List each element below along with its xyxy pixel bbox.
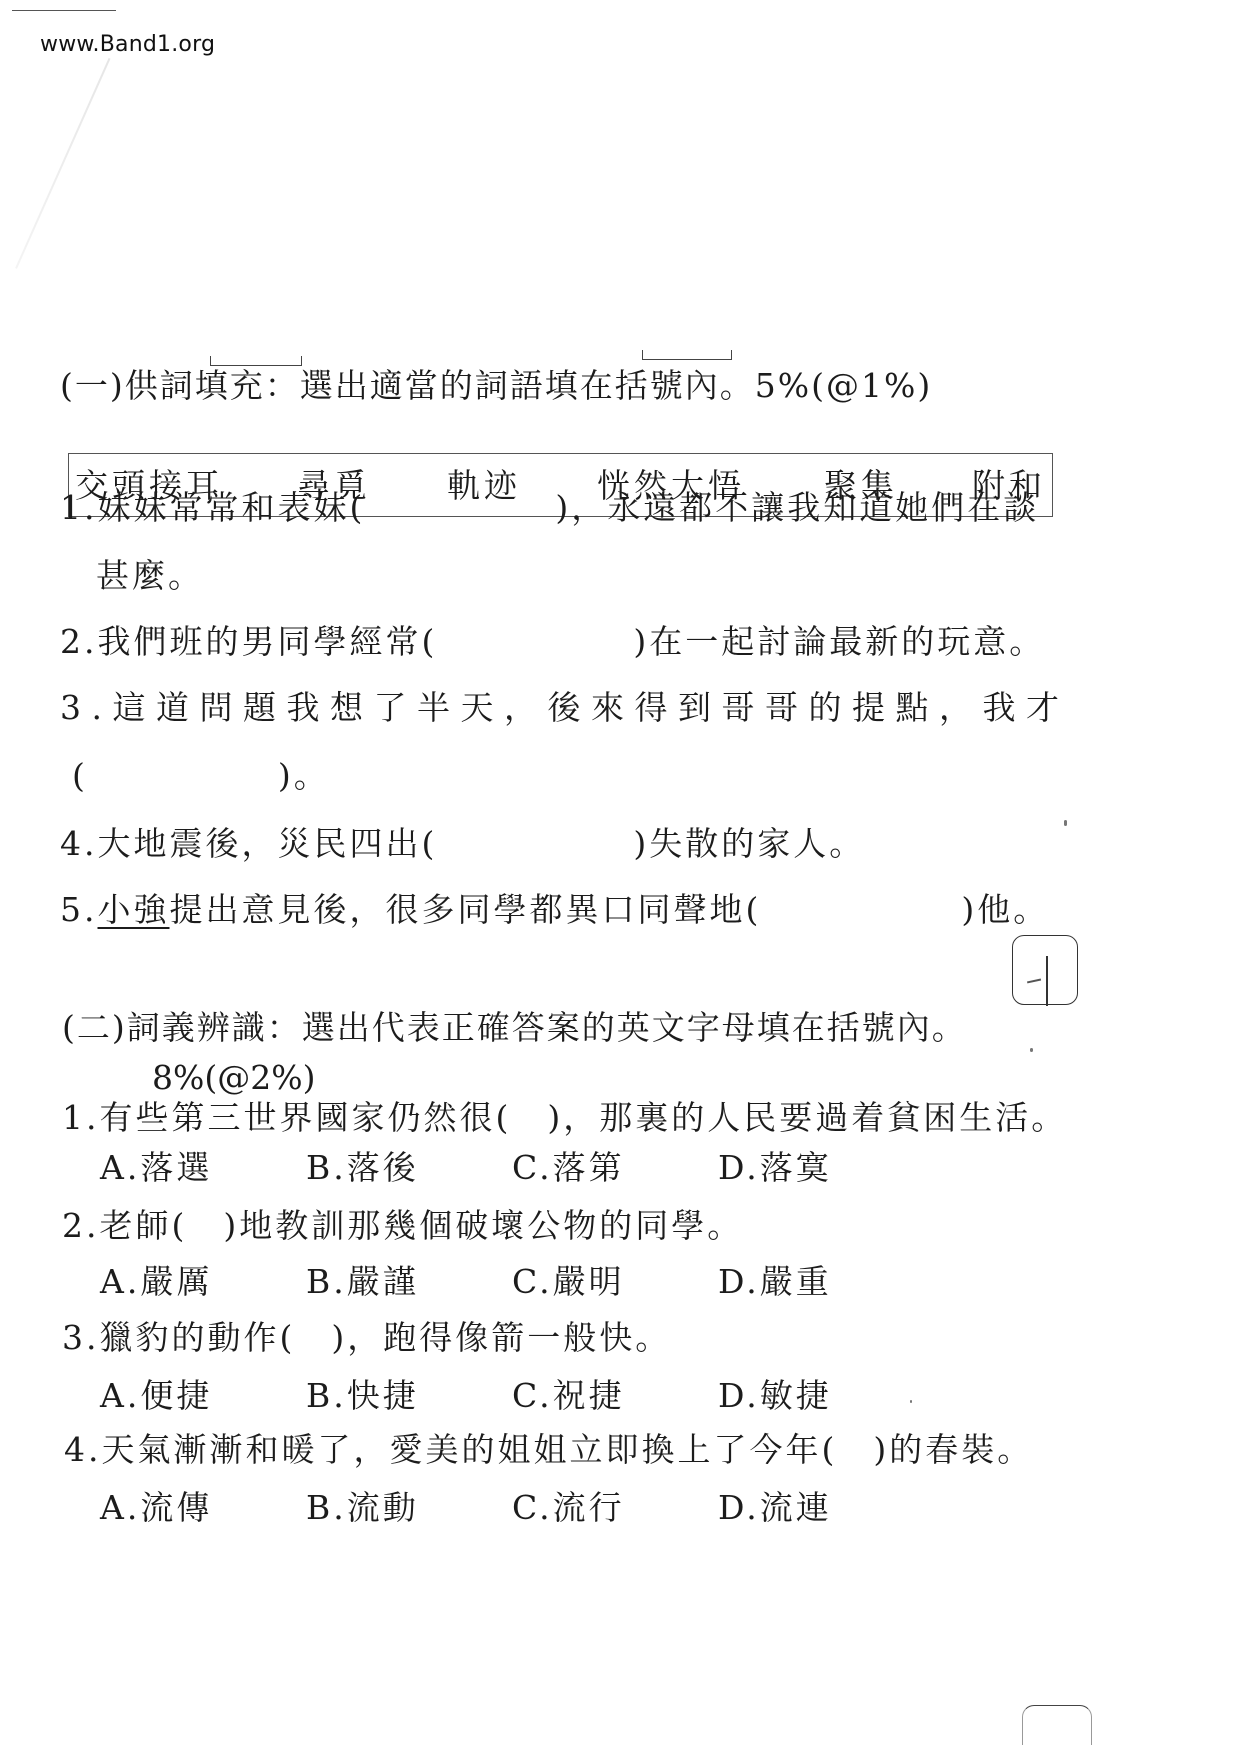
question-text: 妹妹常常和表妹( (98, 488, 366, 527)
option-a[interactable]: A.嚴厲 (100, 1262, 212, 1302)
proper-name-underlined: 小強 (98, 890, 170, 929)
question-number: 4. (60, 824, 98, 863)
option-b[interactable]: B.嚴謹 (306, 1262, 419, 1302)
question-text: 這道問題我想了半天，後來得到哥哥的提點，我才 (113, 688, 1070, 727)
scan-speck (1064, 820, 1067, 826)
question-text: 提出意見後，很多同學都異口同聲地( (170, 890, 762, 929)
question-number: 5. (60, 890, 98, 929)
option-c[interactable]: C.落第 (512, 1148, 625, 1188)
fill-question-2: 2.我們班的男同學經常()在一起討論最新的玩意。 (60, 622, 1045, 662)
option-d[interactable]: D.流連 (718, 1488, 832, 1528)
question-text: 獵豹的動作( )，跑得像箭一般快。 (100, 1318, 672, 1357)
scan-speck (910, 1400, 912, 1403)
handwritten-bracket-mark (642, 350, 732, 360)
question-number: 3. (60, 688, 113, 727)
watermark: www.Band1.org (40, 32, 215, 57)
mark-stroke (1046, 956, 1048, 1006)
section-2-title: (二)詞義辨識：選出代表正確答案的英文字母填在括號內。 (62, 1008, 967, 1048)
scan-speck (1030, 1048, 1033, 1052)
choice-question-1: 1.有些第三世界國家仍然很( )，那裏的人民要過着貧困生活。 (62, 1098, 1067, 1138)
handwritten-page-mark (1012, 935, 1078, 1005)
question-number: 1. (60, 488, 98, 527)
option-c[interactable]: C.流行 (512, 1488, 625, 1528)
section-2-instructions: 詞義辨識：選出代表正確答案的英文字母填在括號內。 (127, 1008, 967, 1047)
option-c[interactable]: C.嚴明 (512, 1262, 625, 1302)
fill-question-5: 5.小強提出意見後，很多同學都異口同聲地()他。 (60, 890, 1049, 930)
question-number: 1. (62, 1098, 100, 1137)
option-a[interactable]: A.便捷 (100, 1376, 212, 1416)
handwritten-page-mark-partial (1022, 1705, 1092, 1745)
option-a[interactable]: A.流傳 (100, 1488, 212, 1528)
section-1-instructions: 供詞填充：選出適當的詞語填在括號內。5%(@1%) (125, 366, 932, 405)
question-text: 有些第三世界國家仍然很( )，那裏的人民要過着貧困生活。 (100, 1098, 1068, 1137)
section-1-label: (一) (60, 366, 125, 405)
mark-stroke (1027, 979, 1041, 983)
option-b[interactable]: B.流動 (306, 1488, 419, 1528)
question-number: 4. (64, 1430, 102, 1469)
question-text: )。 (278, 756, 330, 795)
choice-question-3: 3.獵豹的動作( )，跑得像箭一般快。 (62, 1318, 671, 1358)
option-b[interactable]: B.快捷 (306, 1376, 419, 1416)
option-a[interactable]: A.落選 (100, 1148, 212, 1188)
fill-question-3: 3.這道問題我想了半天，後來得到哥哥的提點，我才 (60, 688, 1070, 728)
section-2-score: 8%(@2%) (152, 1058, 315, 1098)
fill-question-1-continuation: 甚麼。 (96, 556, 204, 596)
section-1-title: (一)供詞填充：選出適當的詞語填在括號內。5%(@1%) (60, 366, 932, 406)
option-d[interactable]: D.敏捷 (718, 1376, 832, 1416)
scan-fold-line (15, 58, 110, 269)
question-text: )，永遠都不讓我知道她們在談 (555, 488, 1039, 527)
question-number: 2. (62, 1206, 100, 1245)
question-text: ( (72, 756, 88, 795)
choice-question-2: 2.老師( )地教訓那幾個破壞公物的同學。 (62, 1206, 743, 1246)
scan-corner-line (12, 10, 116, 11)
question-text: )失散的家人。 (633, 824, 865, 863)
question-text: 大地震後，災民四出( (98, 824, 438, 863)
fill-question-1: 1.妹妹常常和表妹()，永遠都不讓我知道她們在談 (60, 488, 1039, 528)
fill-question-3-continuation: ()。 (72, 756, 330, 796)
question-number: 2. (60, 622, 98, 661)
option-d[interactable]: D.落寞 (718, 1148, 832, 1188)
question-text: 我們班的男同學經常( (98, 622, 438, 661)
fill-question-4: 4.大地震後，災民四出()失散的家人。 (60, 824, 865, 864)
question-text: )在一起討論最新的玩意。 (633, 622, 1045, 661)
option-c[interactable]: C.祝捷 (512, 1376, 625, 1416)
option-d[interactable]: D.嚴重 (718, 1262, 832, 1302)
section-2-label: (二) (62, 1008, 127, 1047)
question-text: 老師( )地教訓那幾個破壞公物的同學。 (100, 1206, 744, 1245)
handwritten-bracket-mark (210, 356, 302, 366)
question-text: )他。 (961, 890, 1049, 929)
choice-question-4: 4.天氣漸漸和暖了，愛美的姐姐立即換上了今年( )的春裝。 (64, 1430, 1033, 1470)
question-text: 天氣漸漸和暖了，愛美的姐姐立即換上了今年( )的春裝。 (102, 1430, 1034, 1469)
option-b[interactable]: B.落後 (306, 1148, 419, 1188)
question-number: 3. (62, 1318, 100, 1357)
